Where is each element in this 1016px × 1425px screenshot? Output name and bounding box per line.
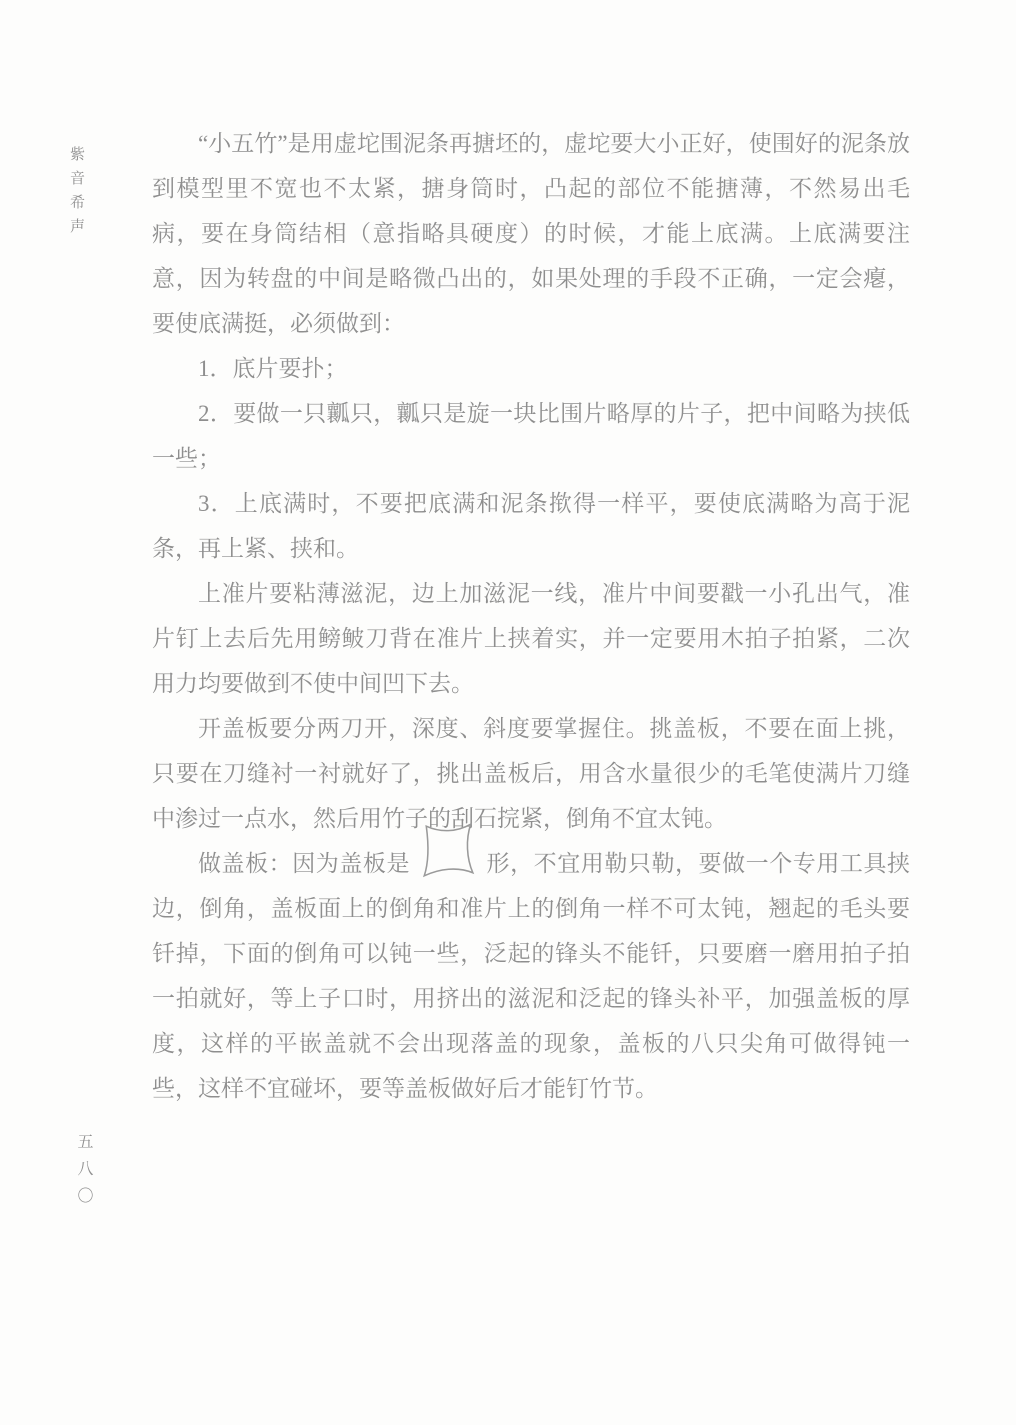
paragraph-zuogaiban: 做盖板：因为盖板是 形，不宜用勒只勒，要做一个专用工具挟边，倒角，盖板面上的倒角…: [152, 841, 910, 1111]
main-text-block: “小五竹”是用虚坨围泥条再搪坯的，虚坨要大小正好，使围好的泥条放到模型里不宽也不…: [152, 121, 910, 1111]
paragraph-zhunpian: 上准片要粘薄滋泥，边上加滋泥一线，准片中间要戳一小孔出气，准片钉上去后先用鳑鲏刀…: [152, 571, 910, 706]
list-item-2: 2．要做一只瓤只，瓤只是旋一块比围片略厚的片子，把中间略为挟低一些；: [152, 391, 910, 481]
list-item-1: 1．底片要扑；: [152, 346, 910, 391]
book-page: 紫音希声 “小五竹”是用虚坨围泥条再搪坯的，虚坨要大小正好，使围好的泥条放到模型…: [0, 0, 1016, 1425]
paragraph-intro: “小五竹”是用虚坨围泥条再搪坯的，虚坨要大小正好，使围好的泥条放到模型里不宽也不…: [152, 121, 910, 346]
list-item-3: 3．上底满时，不要把底满和泥条揿得一样平，要使底满略为高于泥条，再上紧、挟和。: [152, 481, 910, 571]
zuogaiban-text-after: 形，不宜用勒只勒，要做一个专用工具挟边，倒角，盖板面上的倒角和准片上的倒角一样不…: [152, 851, 910, 1101]
page-number-vertical: 五八〇: [72, 1133, 95, 1214]
paragraph-kaigaiban: 开盖板要分两刀开，深度、斜度要掌握住。挑盖板，不要在面上挑，只要在刀缝衬一衬就好…: [152, 706, 910, 841]
concave-square-shape-icon: [410, 861, 486, 871]
zuogaiban-text-before: 做盖板：因为盖板是: [198, 851, 410, 876]
side-title-vertical: 紫音希声: [66, 146, 87, 242]
